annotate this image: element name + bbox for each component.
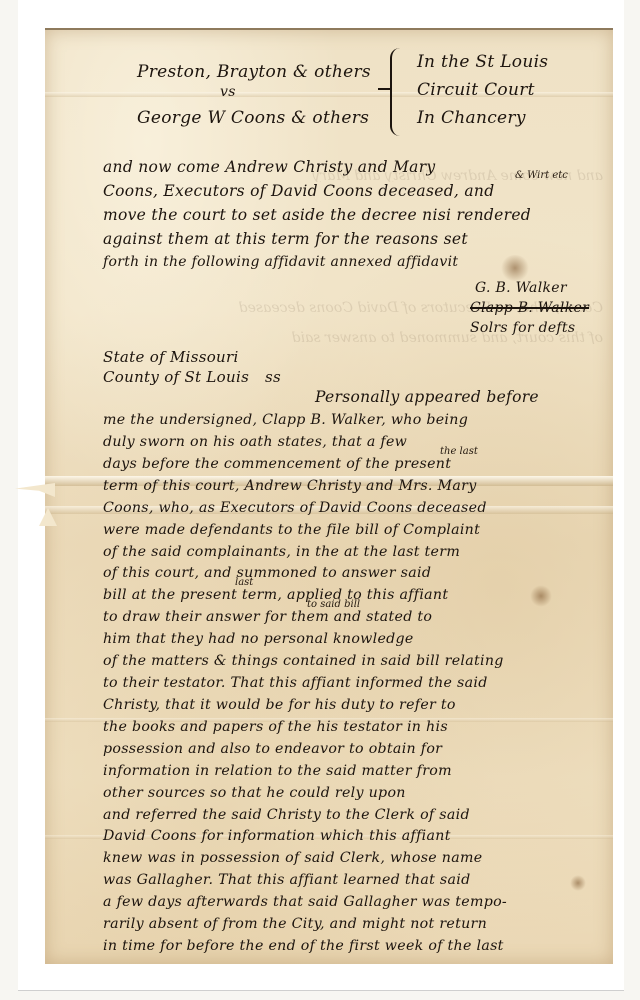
affidavit-line: was Gallagher. That this affiant learned… xyxy=(103,872,470,888)
affidavit-line: rarily absent of from the City, and migh… xyxy=(103,916,487,932)
manuscript-page: and now come Andrew Christy and Mary Coo… xyxy=(45,28,613,964)
affidavit-line: in time for before the end of the first … xyxy=(103,938,504,954)
affidavit-text-continued: was Gallagher. That this affiant learned… xyxy=(45,30,613,964)
affidavit-line: a few days afterwards that said Gallaghe… xyxy=(103,894,507,910)
